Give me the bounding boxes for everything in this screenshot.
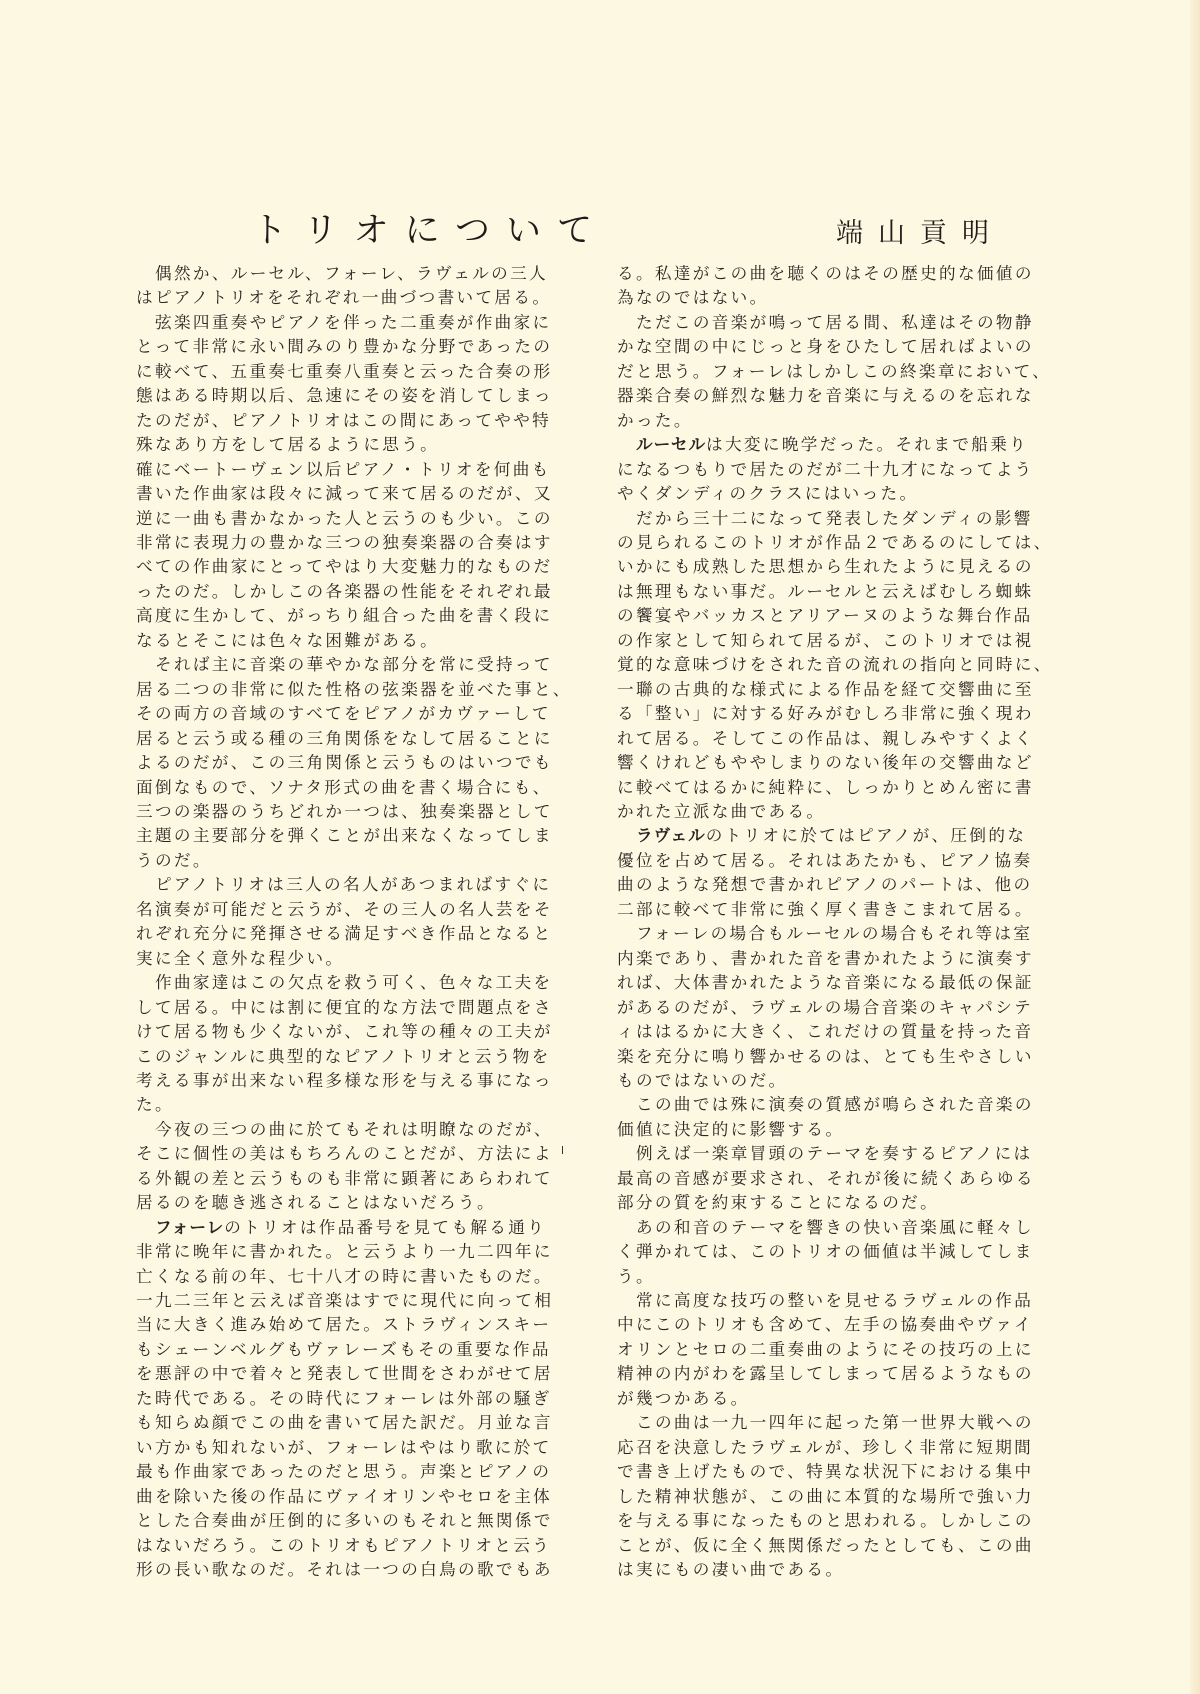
- author-name: 端山貢明: [836, 211, 1004, 250]
- article-title: トリオについて: [252, 203, 608, 253]
- paragraph-text: だから三十二になって発表したダンディの影響 の見られるこのトリオが作品２であるの…: [617, 509, 1053, 821]
- page-edge: [1190, 0, 1200, 1694]
- paragraph-text: あの和音のテーマを響きの快い音楽風に軽々し く弾かれては、このトリオの価値は半減…: [617, 1218, 1034, 1286]
- paragraph-text: 偶然か、ルーセル、フォーレ、ラヴェルの三人 はピアノトリオをそれぞれ一曲づつ書い…: [136, 264, 551, 307]
- paragraph: あの和音のテーマを響きの快い音楽風に軽々し く弾かれては、このトリオの価値は半減…: [617, 1216, 1065, 1289]
- paragraph: 今夜の三つの曲に於てもそれは明瞭なのだが、 そこに個性の美はもちろんのことだが、…: [136, 1118, 584, 1216]
- paragraph: フォーレの場合もルーセルの場合もそれ等は室 内楽であり、書かれた音を書かれたよう…: [617, 922, 1065, 1093]
- paragraph: 常に高度な技巧の整いを見せるラヴェルの作品 中にこのトリオも含めて、左手の協奏曲…: [617, 1289, 1065, 1411]
- paragraph-text: 今夜の三つの曲に於てもそれは明瞭なのだが、 そこに個性の美はもちろんのことだが、…: [136, 1120, 553, 1212]
- paragraph-text: 例えば一楽章冒頭のテーマを奏するピアノには 最高の音感が要求され、それが後に続く…: [617, 1144, 1035, 1212]
- paragraph: この曲は一九一四年に起った第一世界大戦への 応召を決意したラヴェルが、珍しく非常…: [617, 1411, 1065, 1582]
- paragraph: それば主に音楽の華やかな部分を常に受持って 居る二つの非常に似た性格の弦楽器を並…: [136, 653, 584, 873]
- paragraph-text: フォーレの場合もルーセルの場合もそれ等は室 内楽であり、書かれた音を書かれたよう…: [617, 924, 1034, 1090]
- paragraph: ピアノトリオは三人の名人があつまればすぐに 名演奏が可能だと云うが、その三人の名…: [136, 873, 584, 971]
- paragraph: ルーセルは大変に晩学だった。それまで船乗り になるつもりで居たのだが二十九才にな…: [617, 433, 1065, 506]
- paragraph-text: それば主に音楽の華やかな部分を常に受持って 居る二つの非常に似た性格の弦楽器を並…: [136, 655, 572, 870]
- paragraph-text: この曲は一九一四年に起った第一世界大戦への 応召を決意したラヴェルが、珍しく非常…: [617, 1413, 1034, 1579]
- right-text-column: る。私達がこの曲を聴くのはその歴史的な価値の 為なのではない。ただこの音楽が鳴っ…: [617, 262, 1065, 1582]
- paragraph-text: る。私達がこの曲を聴くのはその歴史的な価値の 為なのではない。: [617, 264, 1034, 307]
- paragraph-text: 作曲家達はこの欠点を救う可く、色々な工夫を して居る。中には割に便宜的な方法で問…: [136, 973, 553, 1114]
- paragraph-text: ピアノトリオは三人の名人があつまればすぐに 名演奏が可能だと云うが、その三人の名…: [136, 875, 553, 967]
- paragraph: 作曲家達はこの欠点を救う可く、色々な工夫を して居る。中には割に便宜的な方法で問…: [136, 971, 584, 1118]
- paragraph: この曲では殊に演奏の質感が鳴らされた音楽の 価値に決定的に影響する。: [617, 1093, 1065, 1142]
- paragraph: フォーレのトリオは作品番号を見ても解る通り 非常に晩年に書かれた。と云うより一九…: [136, 1216, 584, 1583]
- paragraph: ただこの音楽が鳴って居る間、私達はその物静 かな空間の中にじっと身をひたして居れ…: [617, 311, 1065, 433]
- composer-name-bold: ラヴェル: [636, 826, 706, 845]
- composer-name-bold: フォーレ: [155, 1218, 224, 1237]
- paragraph-text: 確にベートーヴェン以后ピアノ・トリオを何曲も 書いた作曲家は段々に減って来て居る…: [136, 460, 553, 650]
- paragraph-text: ただこの音楽が鳴って居る間、私達はその物静 かな空間の中にじっと身をひたして居れ…: [617, 313, 1051, 430]
- paragraph: る。私達がこの曲を聴くのはその歴史的な価値の 為なのではない。: [617, 262, 1065, 311]
- paragraph-text: 常に高度な技巧の整いを見せるラヴェルの作品 中にこのトリオも含めて、左手の協奏曲…: [617, 1291, 1034, 1408]
- paragraph-text: のトリオは作品番号を見ても解る通り 非常に晩年に書かれた。と云うより一九二四年に…: [136, 1218, 553, 1579]
- paragraph: 偶然か、ルーセル、フォーレ、ラヴェルの三人 はピアノトリオをそれぞれ一曲づつ書い…: [136, 262, 584, 311]
- paragraph: 確にベートーヴェン以后ピアノ・トリオを何曲も 書いた作曲家は段々に減って来て居る…: [136, 458, 584, 654]
- print-mark: [562, 1146, 563, 1154]
- paragraph-text: 弦楽四重奏やピアノを伴った二重奏が作曲家に とって非常に永い間みのり豊かな分野で…: [136, 313, 553, 454]
- left-text-column: 偶然か、ルーセル、フォーレ、ラヴェルの三人 はピアノトリオをそれぞれ一曲づつ書い…: [136, 262, 584, 1582]
- paragraph: 例えば一楽章冒頭のテーマを奏するピアノには 最高の音感が要求され、それが後に続く…: [617, 1142, 1065, 1215]
- paragraph: 弦楽四重奏やピアノを伴った二重奏が作曲家に とって非常に永い間みのり豊かな分野で…: [136, 311, 584, 458]
- paragraph: だから三十二になって発表したダンディの影響 の見られるこのトリオが作品２であるの…: [617, 507, 1065, 825]
- paragraph: ラヴェルのトリオに於てはピアノが、圧倒的な 優位を占めて居る。それはあたかも、ピ…: [617, 824, 1065, 922]
- paragraph-text: この曲では殊に演奏の質感が鳴らされた音楽の 価値に決定的に影響する。: [617, 1095, 1034, 1138]
- composer-name-bold: ルーセル: [636, 435, 706, 454]
